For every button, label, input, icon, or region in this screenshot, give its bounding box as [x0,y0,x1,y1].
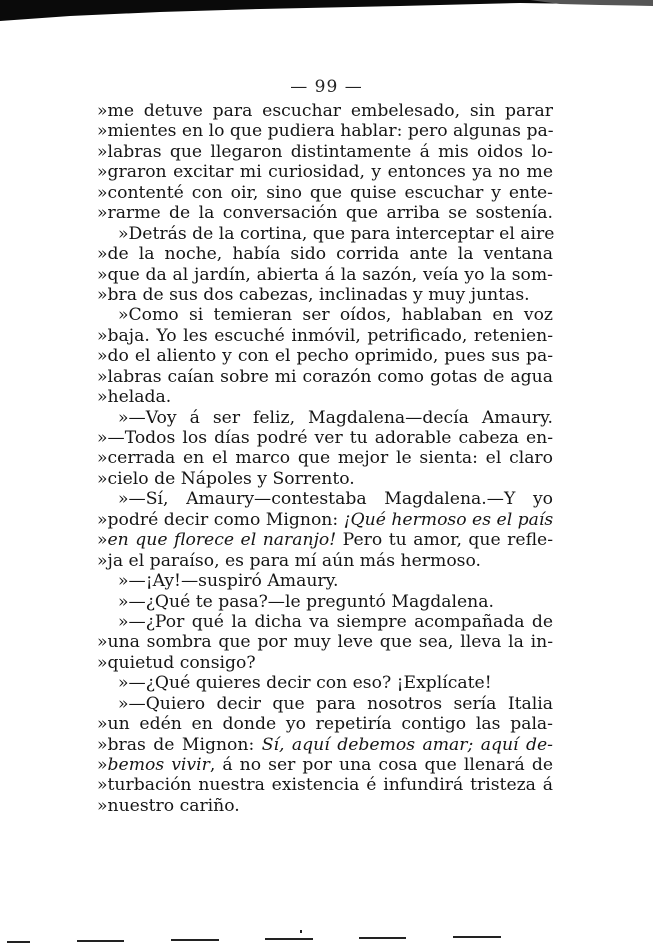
text-line: »contenté con oir, sino que quise escuch… [97,183,553,203]
rule-fragment [359,937,406,939]
text-segment: »bras de Mignon: [97,735,262,755]
text-line: »—¿Qué quieres decir con eso? ¡Explícate… [97,673,553,693]
text-line: »labras caían sobre mi corazón como gota… [97,367,553,387]
italic-segment: bemos vivir [108,755,210,775]
text-line: »helada. [97,387,553,407]
text-line: »bras de Mignon: Sí, aquí debemos amar; … [97,735,553,755]
text-line: »bra de sus dos cabezas, inclinadas y mu… [97,285,553,305]
text-line: »do el aliento y con el pecho oprimido, … [97,346,553,366]
text-line: »ja el paraíso, es para mí aún más hermo… [97,551,553,571]
rule-fragment [7,941,30,943]
text-line: »—Sí, Amaury—contestaba Magdalena.—Y yo [97,489,553,509]
text-line: »Como si temieran ser oídos, hablaban en… [97,305,553,325]
text-line: »podré decir como Mignon: ¡Qué hermoso e… [97,510,553,530]
text-line: »—¡Ay!—suspiró Amaury. [97,571,553,591]
rule-fragment [77,940,124,942]
scan-top-border [0,0,653,22]
text-line: »cielo de Nápoles y Sorrento. [97,469,553,489]
text-line: »Detrás de la cortina, que para intercep… [97,224,553,244]
page-number: — 99 — [0,77,653,97]
text-line: »en que florece el naranjo! Pero tu amor… [97,530,553,550]
body-text: »me detuve para escuchar embelesado, sin… [97,101,553,816]
text-line: »que da al jardín, abierta á la sazón, v… [97,265,553,285]
text-line: »mientes en lo que pudiera hablar: pero … [97,121,553,141]
italic-segment: ¡Qué hermoso es el país [344,510,554,530]
text-line: »—Voy á ser feliz, Magdalena—decía Amaur… [97,408,553,428]
text-line: »—Todos los días podré ver tu adorable c… [97,428,553,448]
text-line: »nuestro cariño. [97,796,553,816]
text-segment: »podré decir como Mignon: [97,510,344,530]
text-line: »—¿Qué te pasa?—le preguntó Magdalena. [97,592,553,612]
text-line: »—Quiero decir que para nosotros sería I… [97,694,553,714]
italic-segment: Sí, aquí debemos amar; aquí de- [262,735,553,755]
text-line: »graron excitar mi curiosidad, y entonce… [97,162,553,182]
scan-edge-shadow [0,0,653,22]
text-segment: , á no ser por una cosa que llenará de [210,755,553,775]
text-line: »una sombra que por muy leve que sea, ll… [97,632,553,652]
text-line: »un edén en donde yo repetiría contigo l… [97,714,553,734]
rule-fragment [171,939,219,941]
text-line: »baja. Yo les escuché inmóvil, petrifica… [97,326,553,346]
rule-fragment [265,938,313,940]
ink-speck [300,930,302,933]
text-line: »cerrada en el marco que mejor le sienta… [97,448,553,468]
text-line: »bemos vivir, á no ser por una cosa que … [97,755,553,775]
text-line: »me detuve para escuchar embelesado, sin… [97,101,553,121]
rule-fragment [453,936,501,938]
text-segment: Pero tu amor, que refle- [336,530,553,550]
bottom-rule-fragments [0,934,653,943]
text-line: »labras que llegaron distintamente á mis… [97,142,553,162]
text-line: »—¿Por qué la dicha va siempre acompañad… [97,612,553,632]
text-segment: » [97,755,108,775]
text-segment: » [97,530,108,550]
italic-segment: en que florece el naranjo! [108,530,337,550]
text-line: »quietud consigo? [97,653,553,673]
text-line: »rarme de la conversación que arriba se … [97,203,553,223]
text-line: »de la noche, había sido corrida ante la… [97,244,553,264]
text-line: »turbación nuestra existencia é infundir… [97,775,553,795]
